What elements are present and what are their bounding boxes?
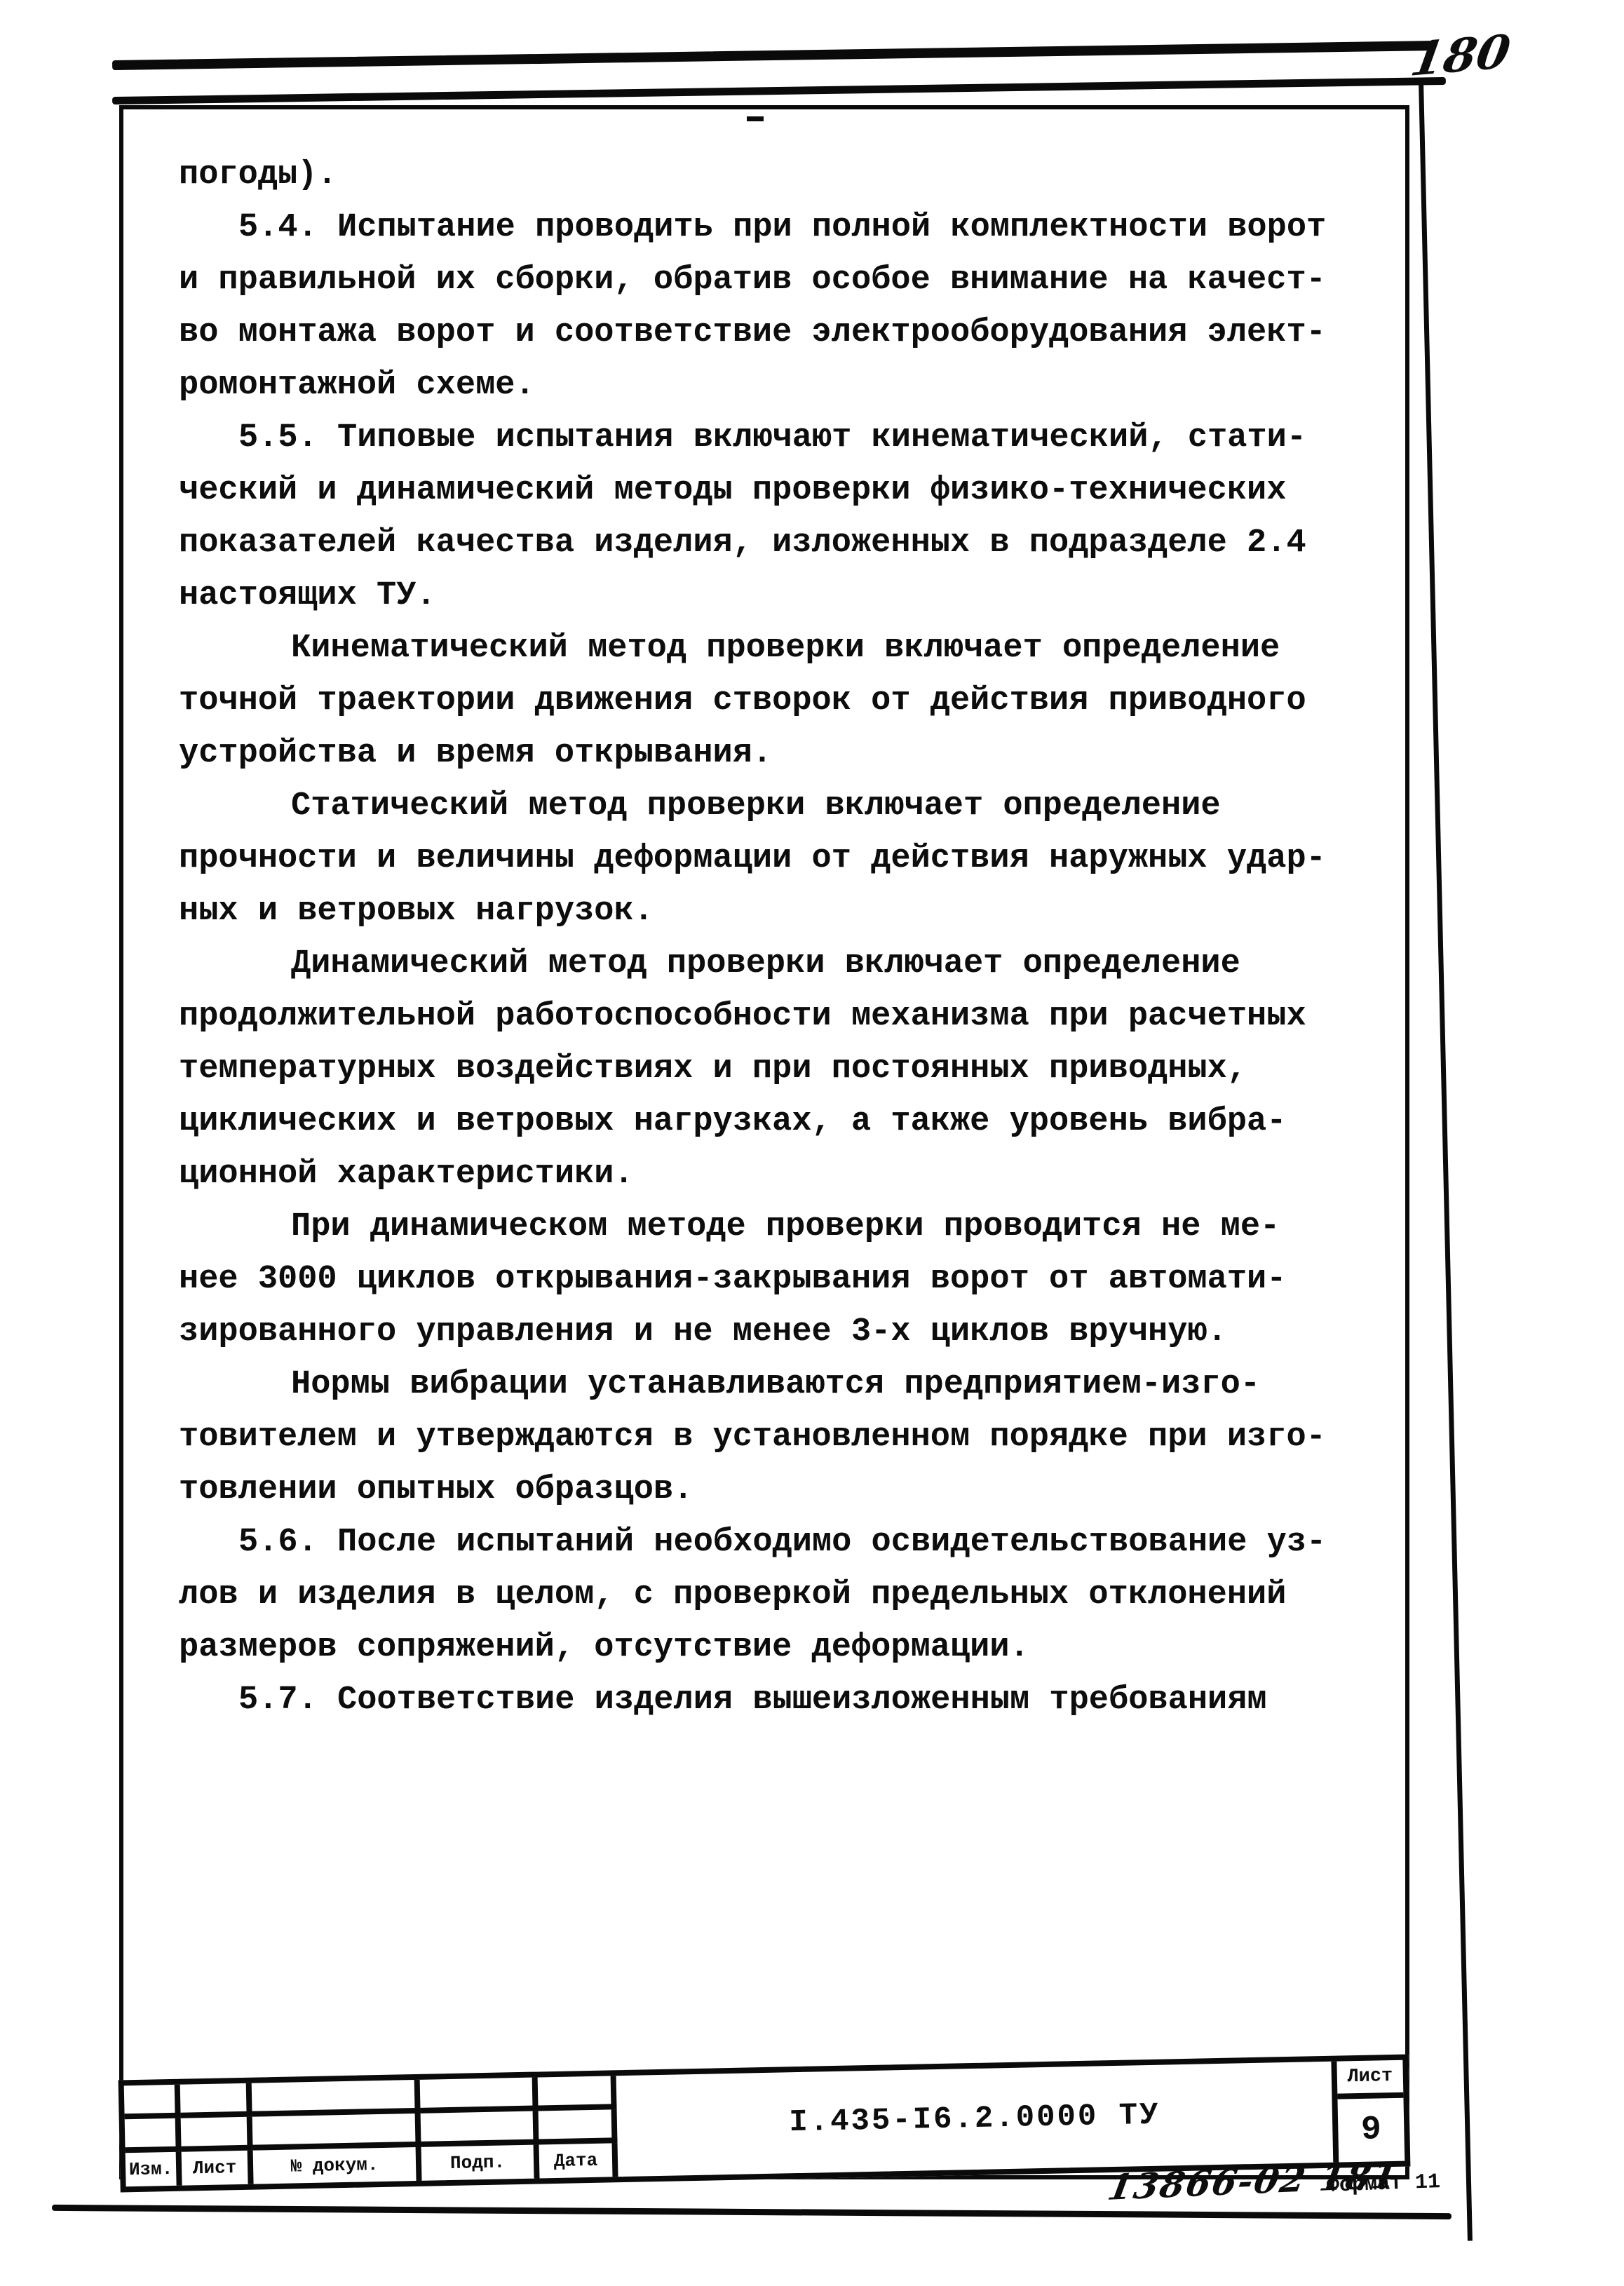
column-header-docnum: № докум. (253, 2147, 422, 2184)
text-line: лов и изделия в целом, с проверкой преде… (179, 1569, 1434, 1621)
revision-grid-empty-cell (125, 2118, 182, 2153)
revision-grid-empty-cell (252, 2113, 421, 2151)
revision-grid-empty-cell (539, 2109, 618, 2144)
text-line: прочности и величины деформации от дейст… (179, 832, 1434, 885)
text-line: размеров сопряжений, отсутствие деформац… (179, 1621, 1434, 1674)
text-line: Динамический метод проверки включает опр… (179, 938, 1434, 990)
text-line: товителем и утверждаются в установленном… (179, 1411, 1434, 1463)
text-line: Кинематический метод проверки включает о… (179, 622, 1434, 675)
revision-grid-empty-cell (538, 2076, 617, 2111)
title-block-revision-grid: Изм. Лист № докум. Подп. Дата (124, 2076, 618, 2186)
text-line: ромонтажной схеме. (179, 359, 1434, 412)
sheet-number-column: Лист 9 (1337, 2060, 1405, 2163)
text-line: показателей качества изделия, изложенных… (179, 517, 1434, 569)
handwritten-page-number: 180 (1407, 28, 1513, 83)
text-line: температурных воздействиях и при постоян… (179, 1043, 1434, 1095)
revision-grid-empty-cell (252, 2080, 421, 2117)
document-number-cell: І.435-І6.2.0000 ТУ (616, 2062, 1339, 2177)
column-header-podp: Подп. (421, 2144, 540, 2180)
text-line: во монтажа ворот и соответствие электроо… (179, 306, 1434, 359)
sheet-number: 9 (1337, 2098, 1405, 2163)
text-line: погоды). (179, 149, 1434, 201)
text-line: ческий и динамический методы проверки фи… (179, 464, 1434, 517)
text-line: нее 3000 циклов открывания-закрывания во… (179, 1253, 1434, 1306)
revision-grid-empty-cell (421, 2111, 539, 2146)
text-line: зированного управления и не менее 3-х ци… (179, 1306, 1434, 1358)
revision-grid-empty-cell (181, 2117, 253, 2152)
text-line: циклических и ветровых нагрузках, а такж… (179, 1095, 1434, 1148)
text-line: 5.7. Соответствие изделия вышеизложенным… (179, 1674, 1434, 1726)
revision-grid-empty-cell (124, 2085, 181, 2120)
text-line: ных и ветровых нагрузок. (179, 885, 1434, 938)
text-line: ционной характеристики. (179, 1148, 1434, 1201)
scanned-document-page: 180 погоды).5.4. Испытание проводить при… (0, 0, 1624, 2286)
text-line: При динамическом методе проверки проводи… (179, 1201, 1434, 1253)
text-line: товлении опытных образцов. (179, 1463, 1434, 1516)
column-header-list: Лист (182, 2151, 254, 2186)
revision-grid-empty-cell (180, 2083, 252, 2118)
text-line: 5.5. Типовые испытания включают кинемати… (179, 412, 1434, 464)
revision-grid-empty-cell (420, 2077, 539, 2113)
typewritten-text-block: погоды).5.4. Испытание проводить при пол… (179, 149, 1434, 1726)
text-line: 5.4. Испытание проводить при полной комп… (179, 201, 1434, 254)
sheet-label: Лист (1337, 2060, 1403, 2099)
page-top-edge-line (112, 41, 1436, 70)
frame-top-outer-line (112, 77, 1446, 104)
text-line: 5.6. После испытаний необходимо освидете… (179, 1516, 1434, 1569)
format-label: Формат 11 (1326, 2170, 1440, 2198)
text-line: устройства и время открывания. (179, 727, 1434, 780)
text-line: точной траектории движения створок от де… (179, 675, 1434, 727)
text-line: настоящих ТУ. (179, 569, 1434, 622)
sheet-bottom-edge-line (52, 2205, 1452, 2219)
document-number: І.435-І6.2.0000 ТУ (789, 2098, 1161, 2141)
text-line: Статический метод проверки включает опре… (179, 780, 1434, 832)
text-line: и правильной их сборки, обратив особое в… (179, 254, 1434, 306)
column-header-data: Дата (539, 2143, 618, 2178)
text-line: продолжительной работоспособности механи… (179, 990, 1434, 1043)
text-line: Нормы вибрации устанавливаются предприят… (179, 1358, 1434, 1411)
column-header-izm: Изм. (126, 2152, 182, 2187)
